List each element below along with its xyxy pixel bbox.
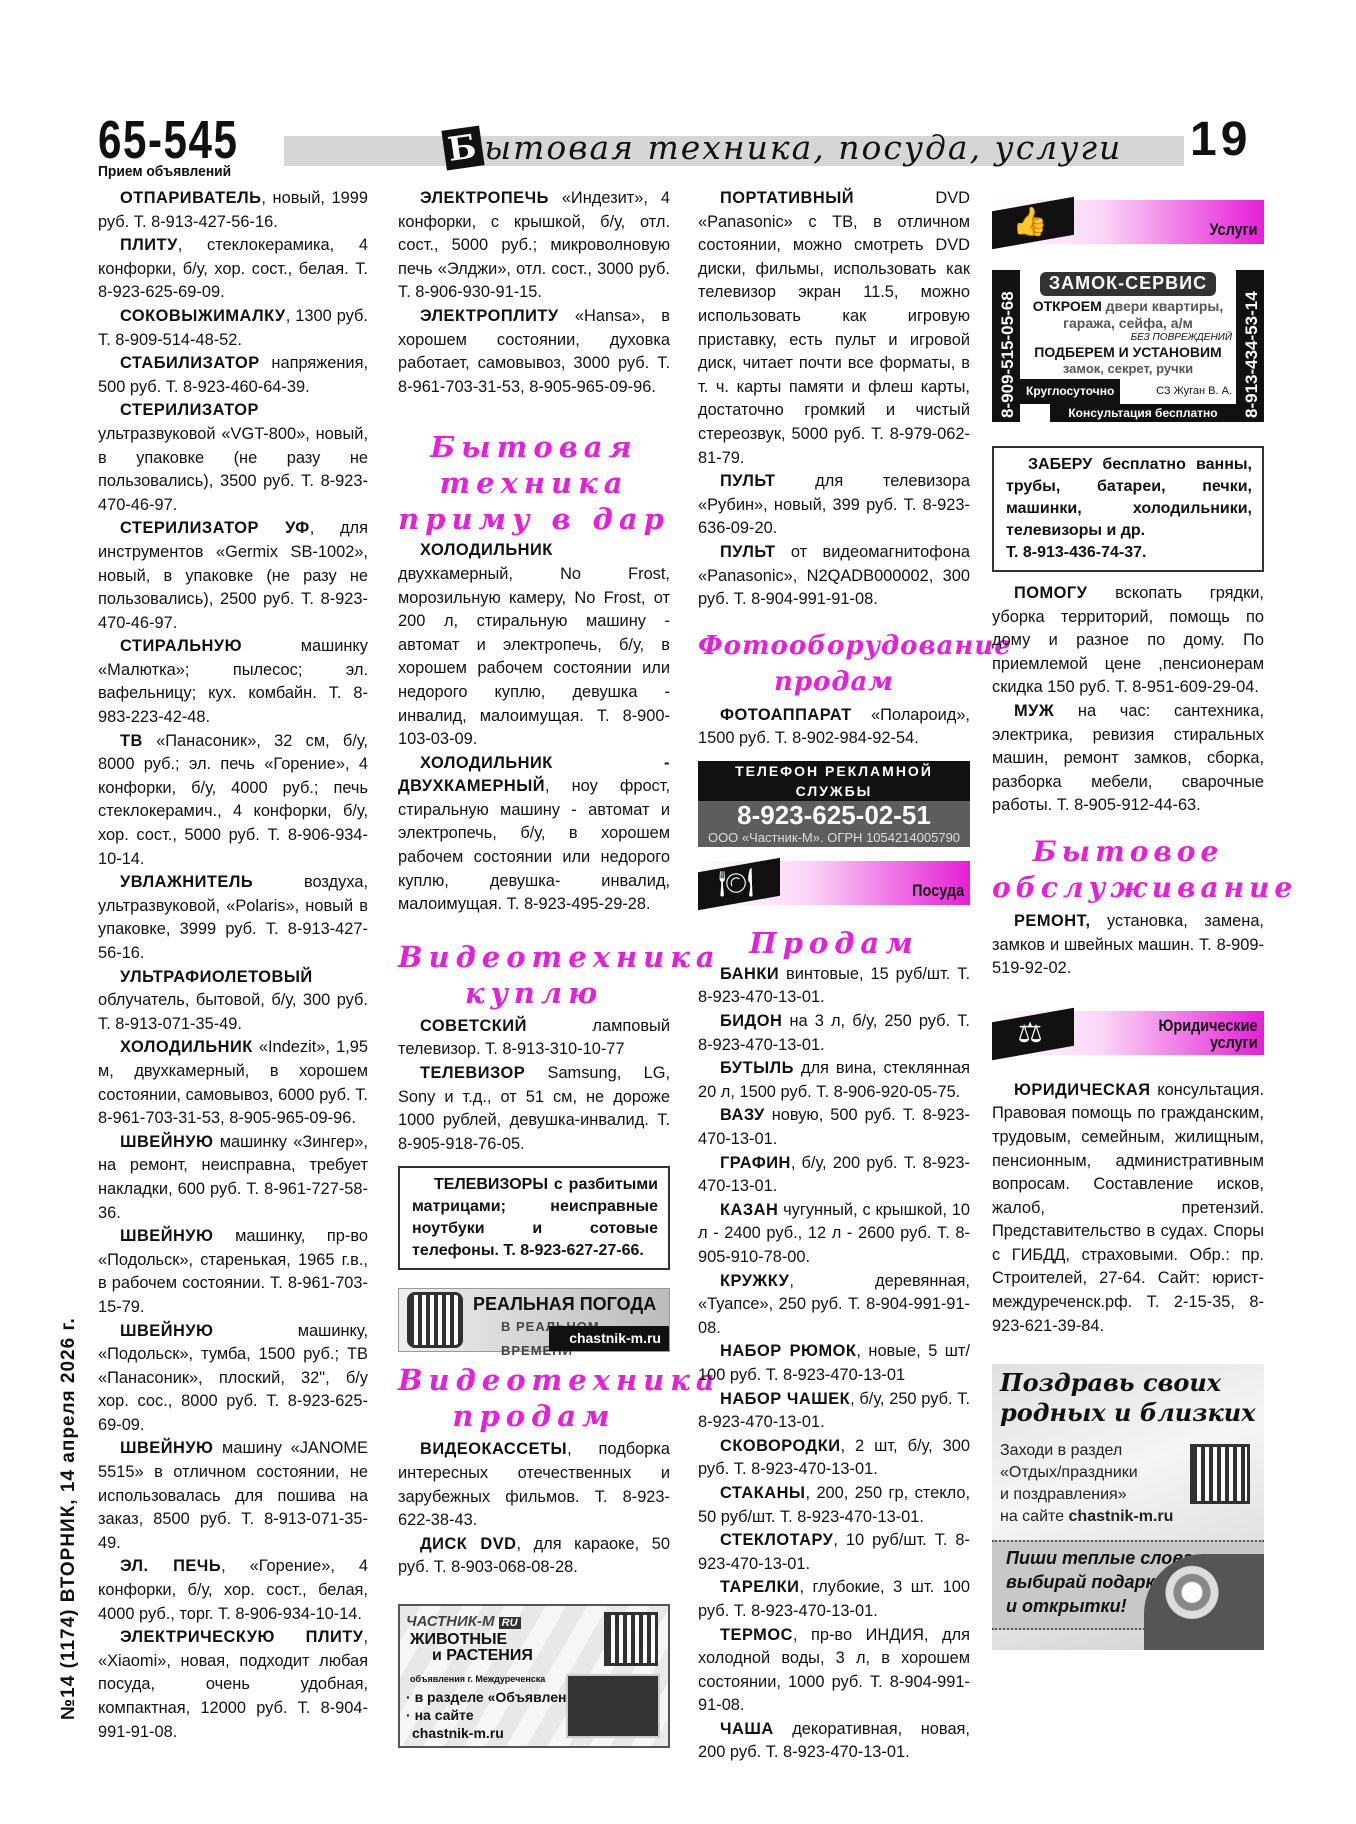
classified-ad: БУТЫЛЬ для вина, стеклянная 20 л, 1500 р… (698, 1057, 970, 1104)
classified-ad-heading: УЛЬТРАФИОЛЕТОВЫЙ (120, 968, 313, 986)
animals-banner-on-site: на сайте (415, 1707, 474, 1723)
classified-ad: ДИСК DVD, для караоке, 50 руб. Т. 8-903-… (398, 1533, 670, 1580)
classified-ad-heading: ЭЛ. ПЕЧЬ (120, 1557, 221, 1575)
classified-ad-heading: СТАБИЛИЗАТОР (120, 354, 260, 372)
section-header-dishes: 🍽 Посуда (698, 861, 970, 905)
classified-ad: ЮРИДИЧЕСКАЯ консультация. Правовая помощ… (992, 1079, 1264, 1339)
lock-service-ad: 8-909-515-05-68 8-913-434-53-14 ЗАМОК-СЕ… (992, 270, 1264, 422)
classified-ad-text: , ноу фрост, стиральную машину - автомат… (398, 777, 670, 913)
promo-title: Поздравь своихродных и близких (1000, 1368, 1256, 1428)
section-header-legal: ⚖ Юридическиеуслуги (992, 1011, 1264, 1055)
classified-ad: ПУЛЬТ от видеомагнитофона «Panasonic», N… (698, 541, 970, 612)
classified-ad: ЭЛЕКТРИЧЕСКУЮ ПЛИТУ, «Xiaomi», новая, по… (98, 1626, 368, 1744)
classified-ad: ФОТОАППАРАТ «Полароид», 1500 руб. Т. 8-9… (698, 704, 970, 751)
classified-ad: СТАБИЛИЗАТОР напряжения, 500 руб. Т. 8-9… (98, 352, 368, 399)
promo-title-line1: Поздравь своих (1000, 1368, 1256, 1398)
classified-ad-text: DVD «Panasonic» с ТВ, в отличном состоян… (698, 189, 970, 467)
ads-list-video-buy: СОВЕТСКИЙ ламповый телевизор. Т. 8-913-3… (398, 1015, 670, 1157)
promo-title-line2: родных и близких (1000, 1398, 1256, 1428)
promo-line1: Заходи в раздел (1000, 1440, 1173, 1462)
classified-ad-heading: ТЕЛЕВИЗОР (420, 1064, 525, 1082)
classified-ad-heading: ПОМОГУ (1014, 584, 1087, 602)
classified-ad: УЛЬТРАФИОЛЕТОВЫЙ облучатель, бытовой, б/… (98, 966, 368, 1037)
screenshot-thumbnail (566, 1674, 660, 1738)
classified-ad: НАБОР РЮМОК, новые, 5 шт/ 100 руб. Т. 8-… (698, 1340, 970, 1387)
issue-date-line: №14 (1174) ВТОРНИК, 14 апреля 2026 г. (58, 1317, 80, 1720)
section-label: Посуда (912, 882, 964, 899)
classified-ad-heading: ПУЛЬТ (720, 472, 776, 490)
classified-ad-heading: ШВЕЙНУЮ (120, 1133, 213, 1151)
classified-ad-heading: БУТЫЛЬ (720, 1059, 794, 1077)
greetings-promo-banner[interactable]: Поздравь своихродных и близких Заходи в … (992, 1364, 1264, 1650)
lock-ad-body: ЗАМОК-СЕРВИС ОТКРОЕМ двери квартиры, гар… (1020, 270, 1236, 422)
ads-phone-caption: Прием объявлений (98, 163, 231, 180)
classified-ad: ЧАША декоративная, новая, 200 руб. Т. 8-… (698, 1718, 970, 1765)
classified-ad-heading: КРУЖКУ (720, 1272, 789, 1290)
ads-list-video-sell: ВИДЕОКАССЕТЫ, подборка интересных отечес… (398, 1438, 670, 1580)
classified-ad-heading: НАБОР РЮМОК (720, 1342, 856, 1360)
classified-ad-heading: СТЕРИЛИЗАТОР УФ (120, 519, 310, 537)
classified-ad-heading: ГРАФИН (720, 1154, 791, 1172)
classified-ad-heading: ПУЛЬТ (720, 543, 776, 561)
classified-ad-heading: ВИДЕОКАССЕТЫ (420, 1440, 567, 1458)
classified-ad-heading: ПОРТАТИВНЫЙ (720, 189, 854, 207)
qr-code-icon (1190, 1444, 1250, 1504)
ads-list-legal: ЮРИДИЧЕСКАЯ консультация. Правовая помощ… (992, 1079, 1264, 1339)
promo-line3: и поздравления» (1000, 1484, 1173, 1506)
rubric-household: Бытовое обслуживание (992, 834, 1264, 906)
title-text: ытовая техника, посуда, услуги (484, 128, 1122, 167)
boxed-ad-head: ЗАБЕРУ (1028, 456, 1092, 473)
classified-ad: СТЕРИЛИЗАТОР УФ, для инструментов «Germi… (98, 517, 368, 635)
classified-ad: БАНКИ винтовые, 15 руб/шт. Т. 8-923-470-… (698, 963, 970, 1010)
classified-ad-heading: БАНКИ (720, 965, 779, 983)
classified-ad-heading: ЭЛЕКТРОПЕЧЬ (420, 189, 549, 207)
classified-ad: МУЖ на час: сантехника, электрика, ревиз… (992, 700, 1264, 818)
promo-line2: «Отдых/праздники (1000, 1462, 1173, 1484)
classified-ad-heading: ДИСК DVD (420, 1535, 516, 1553)
classified-ad: РЕМОНТ, установка, замена, замков и швей… (992, 910, 1264, 981)
classified-ad: ШВЕЙНУЮ машинку, пр-во «Подольск», старе… (98, 1225, 368, 1319)
column-3: ПОРТАТИВНЫЙ DVD «Panasonic» с ТВ, в отли… (698, 187, 970, 1765)
classified-ad-text: «Панасоник», 32 см, б/у, 8000 руб.; эл. … (98, 732, 368, 868)
lock-ad-badge: Круглосуточно (1020, 379, 1120, 405)
classified-ad-text: консультация. Правовая помощь по граждан… (992, 1081, 1264, 1335)
classified-ad-heading: ЭЛЕКТРИЧЕСКУЮ ПЛИТУ (120, 1628, 363, 1646)
classified-ad: ХОЛОДИЛЬНИК «Indezit», 1,95 м, двухкамер… (98, 1036, 368, 1130)
animals-banner-section: в разделе «Объявления» (415, 1689, 591, 1705)
ad-service-phone[interactable]: 8-923-625-02-51 (698, 801, 970, 829)
classified-ad: СТЕРИЛИЗАТОР ультразвуковой «VGT-800», н… (98, 399, 368, 517)
classified-ad-heading: ШВЕЙНУЮ (120, 1322, 213, 1340)
section-label: Услуги (1210, 221, 1258, 238)
lock-ad-line2: гаража, сейфа, а/м (1020, 315, 1236, 332)
classified-ad-heading: ХОЛОДИЛЬНИК (120, 1038, 253, 1056)
weather-banner-site[interactable]: chastnik-m.ru (549, 1326, 669, 1352)
animals-banner-title2: и РАСТЕНИЯ (432, 1644, 533, 1668)
promo-line4: на сайте (1000, 1508, 1069, 1525)
classified-ad-heading: УВЛАЖНИТЕЛЬ (120, 873, 253, 891)
promo-site-link[interactable]: chastnik-m.ru (1069, 1508, 1174, 1525)
classified-ad-heading: ВАЗУ (720, 1106, 765, 1124)
lock-ad-owner: СЗ Жуган В. А. (1156, 380, 1236, 404)
dishes-icon: 🍽 (716, 867, 756, 899)
qr-code-icon (604, 1612, 658, 1666)
rubric-video-buy: Видеотехника куплю (398, 939, 670, 1011)
classified-ad-heading: ШВЕЙНУЮ (120, 1439, 213, 1457)
classified-ad-heading: СТЕКЛОТАРУ (720, 1531, 833, 1549)
classified-ad-heading: СКОВОРОДКИ (720, 1437, 840, 1455)
column-1: ОТПАРИВАТЕЛЬ, новый, 1999 руб. Т. 8-913-… (98, 187, 368, 1744)
animals-plants-banner[interactable]: ЧАСТНИК-М RU ЖИВОТНЫЕ и РАСТЕНИЯ объявле… (398, 1604, 670, 1748)
rubric-sell: Продам (698, 925, 970, 961)
classified-ad-heading: ПЛИТУ (120, 236, 178, 254)
classified-ad: СОКОВЫЖИМАЛКУ, 1300 руб. Т. 8-909-514-48… (98, 305, 368, 352)
lock-ad-line4: ПОДБЕРЕМ И УСТАНОВИМ (1020, 344, 1236, 361)
section-label-line2: услуги (1159, 1034, 1258, 1051)
classified-ad-heading: СОВЕТСКИЙ (420, 1017, 527, 1035)
weather-banner[interactable]: РЕАЛЬНАЯ ПОГОДА В РЕАЛЬНОМ ВРЕМЕНИ chast… (398, 1288, 670, 1352)
classified-ad: КРУЖКУ, деревянная, «Туапсе», 250 руб. Т… (698, 1270, 970, 1341)
classified-ad: КАЗАН чугунный, с крышкой, 10 л - 2400 р… (698, 1199, 970, 1270)
ads-list-photo: ФОТОАППАРАТ «Полароид», 1500 руб. Т. 8-9… (698, 704, 970, 751)
ad-service-org: ООО «Частник-М». ОГРН 1054214005790 (698, 829, 970, 847)
section-label: Юридическиеуслуги (1159, 1017, 1258, 1051)
classified-ad: ВИДЕОКАССЕТЫ, подборка интересных отечес… (398, 1438, 670, 1532)
promo-text: Заходи в раздел «Отдых/праздники и поздр… (1000, 1440, 1173, 1528)
lock-ad-line1: двери квартиры, (1102, 298, 1223, 314)
classified-ad: ТВ «Панасоник», 32 см, б/у, 8000 руб.; э… (98, 730, 368, 872)
ads-list-dishes: БАНКИ винтовые, 15 руб/шт. Т. 8-923-470-… (698, 963, 970, 1765)
classified-ad: ХОЛОДИЛЬНИК двухкамерный, No Frost, моро… (398, 539, 670, 751)
classified-ad: ВАЗУ новую, 500 руб. Т. 8-923-470-13-01. (698, 1104, 970, 1151)
classified-ad: ПОМОГУ вскопать грядки, уборка территори… (992, 582, 1264, 700)
classified-ad: СКОВОРОДКИ, 2 шт, б/у, 300 руб. Т. 8-923… (698, 1435, 970, 1482)
lock-ad-phone-right[interactable]: 8-913-434-53-14 (1240, 291, 1264, 418)
lock-ad-phone-left[interactable]: 8-909-515-05-68 (996, 291, 1020, 418)
classified-ad-heading: СТАКАНЫ (720, 1484, 805, 1502)
classified-ad-heading: КАЗАН (720, 1201, 778, 1219)
classified-ad: ЭЛЕКТРОПЛИТУ «Hansa», в хорошем состояни… (398, 305, 670, 399)
title-initial: Б (441, 126, 484, 171)
ads-list-video-misc: ПОРТАТИВНЫЙ DVD «Panasonic» с ТВ, в отли… (698, 187, 970, 612)
boxed-ad-take-away: ЗАБЕРУ бесплатно ванны, трубы, батареи, … (992, 446, 1264, 572)
classified-ad-heading: СТЕРИЛИЗАТОР (120, 401, 259, 419)
ads-list-household: РЕМОНТ, установка, замена, замков и швей… (992, 910, 1264, 981)
classified-ad: СОВЕТСКИЙ ламповый телевизор. Т. 8-913-3… (398, 1015, 670, 1062)
classified-ad: ШВЕЙНУЮ машинку, «Подольск», тумба, 1500… (98, 1320, 368, 1438)
page-number: 19 (1190, 112, 1251, 168)
classified-ad-text: облучатель, бытовой, б/у, 300 руб. Т. 8-… (98, 991, 368, 1033)
ads-phone-number: 65-545 (98, 112, 239, 168)
ads-list-appliances-sell: ЭЛЕКТРОПЕЧЬ «Индезит», 4 конфорки, с кры… (398, 187, 670, 399)
section-header-services: 👍 Услуги (992, 200, 1264, 244)
animals-banner-site[interactable]: chastnik-m.ru (412, 1722, 504, 1746)
classified-ad: ЭЛ. ПЕЧЬ, «Горение», 4 конфорки, б/у, хо… (98, 1555, 368, 1626)
classified-ad-text: ультразвуковой «VGT-800», новый, в упако… (98, 425, 368, 514)
boxed-ad-tv: ТЕЛЕВИЗОРЫ с разбитыми матрицами; неиспр… (398, 1166, 670, 1270)
classified-ad: СТЕКЛОТАРУ, 10 руб/шт. Т. 8-923-470-13-0… (698, 1529, 970, 1576)
classified-ad-heading: ЧАША (720, 1720, 774, 1738)
classified-ad: БИДОН на 3 л, б/у, 250 руб. Т. 8-923-470… (698, 1010, 970, 1057)
ad-service-phone-box: ТЕЛЕФОН РЕКЛАМНОЙ СЛУЖБЫ 8-923-625-02-51… (698, 761, 970, 847)
classified-ad: ТАРЕЛКИ, глубокие, 3 шт. 100 руб. Т. 8-9… (698, 1576, 970, 1623)
rubric-video-sell: Видеотехника продам (398, 1362, 670, 1434)
classified-ad: ГРАФИН, б/у, 200 руб. Т. 8-923-470-13-01… (698, 1152, 970, 1199)
thumbs-up-icon: 👍 (1010, 206, 1050, 238)
classified-ad: СТАКАНЫ, 200, 250 гр, стекло, 50 руб/шт.… (698, 1482, 970, 1529)
classified-ad: ШВЕЙНУЮ машину «JANOME 5515» в отличном … (98, 1437, 368, 1555)
classified-ad-heading: ТЕРМОС (720, 1626, 793, 1644)
classified-ad-heading: РЕМОНТ, (1014, 912, 1091, 930)
ads-list-appliances-gift: ХОЛОДИЛЬНИК двухкамерный, No Frost, моро… (398, 539, 670, 917)
classified-ad: ПЛИТУ, стеклокерамика, 4 конфорки, б/у, … (98, 234, 368, 305)
rubric-appliances-gift: Бытовая техника приму в дар (398, 429, 670, 537)
classified-ad-heading: ТВ (120, 732, 143, 750)
rubric-photo: Фотооборудование продам (698, 628, 970, 700)
classified-ad: ХОЛОДИЛЬНИК - ДВУХКАМЕРНЫЙ, ноу фрост, с… (398, 752, 670, 917)
classified-ad: НАБОР ЧАШЕК, б/у, 250 руб. Т. 8-923-470-… (698, 1388, 970, 1435)
classified-ad: ПОРТАТИВНЫЙ DVD «Panasonic» с ТВ, в отли… (698, 187, 970, 470)
classified-ad-heading: СТИРАЛЬНУЮ (120, 637, 242, 655)
qr-code-icon (407, 1292, 463, 1348)
classified-ad: ОТПАРИВАТЕЛЬ, новый, 1999 руб. Т. 8-913-… (98, 187, 368, 234)
classified-ad: ТЕРМОС, пр-во ИНДИЯ, для холодной воды, … (698, 1624, 970, 1718)
classified-ad-heading: ЮРИДИЧЕСКАЯ (1014, 1081, 1150, 1099)
classified-ad: ТЕЛЕВИЗОР Samsung, LG, Sony и т.д., от 5… (398, 1062, 670, 1156)
classified-ad: УВЛАЖНИТЕЛЬ воздуха, ультразвуковой, «Po… (98, 871, 368, 965)
page-title: Бытовая техника, посуда, услуги (444, 128, 1122, 168)
classified-ad-heading: МУЖ (1014, 702, 1054, 720)
weather-banner-title: РЕАЛЬНАЯ ПОГОДА (473, 1293, 656, 1317)
lock-ad-line5: замок, секрет, ручки (1020, 361, 1236, 377)
boxed-ad-phone: Т. 8-913-436-74-37. (1006, 542, 1252, 564)
classified-ad-heading: ФОТОАППАРАТ (720, 706, 852, 724)
classified-ad: ШВЕЙНУЮ машинку «Зингер», на ремонт, неи… (98, 1131, 368, 1225)
classified-ad-heading: БИДОН (720, 1012, 782, 1030)
classified-ad-heading: СОКОВЫЖИМАЛКУ (120, 307, 286, 325)
classified-ad-heading: ОТПАРИВАТЕЛЬ (120, 189, 261, 207)
classified-ad: СТИРАЛЬНУЮ машинку «Малютка»; пылесос; э… (98, 635, 368, 729)
column-4: 👍 Услуги 8-909-515-05-68 8-913-434-53-14… (992, 200, 1264, 1650)
classified-ad: ПУЛЬТ для телевизора «Рубин», новый, 399… (698, 470, 970, 541)
classified-ad: ЭЛЕКТРОПЕЧЬ «Индезит», 4 конфорки, с кры… (398, 187, 670, 305)
classified-ad-text: двухкамерный, No Frost, морозильную каме… (398, 565, 670, 748)
section-label-line1: Юридические (1159, 1017, 1258, 1034)
column-2: ЭЛЕКТРОПЕЧЬ «Индезит», 4 конфорки, с кры… (398, 187, 670, 1748)
classified-ad-heading: ХОЛОДИЛЬНИК (420, 541, 553, 559)
classified-ad-heading: НАБОР ЧАШЕК (720, 1390, 850, 1408)
scales-icon: ⚖ (1010, 1017, 1050, 1049)
lock-ad-title: ЗАМОК-СЕРВИС (1040, 272, 1216, 296)
lock-ad-footer: Консультация бесплатно (1050, 404, 1236, 422)
classified-ad-heading: ШВЕЙНУЮ (120, 1227, 213, 1245)
boxed-ad-head: ТЕЛЕВИЗОРЫ (434, 1176, 548, 1193)
lock-ad-open: ОТКРОЕМ (1033, 298, 1102, 314)
ads-list-services: ПОМОГУ вскопать грядки, уборка территори… (992, 582, 1264, 818)
classified-ad-heading: ЭЛЕКТРОПЛИТУ (420, 307, 559, 325)
ad-service-label: ТЕЛЕФОН РЕКЛАМНОЙ СЛУЖБЫ (698, 761, 970, 801)
classified-ad-heading: ТАРЕЛКИ (720, 1578, 799, 1596)
lock-ad-line3: БЕЗ ПОВРЕЖДЕНИЙ (1020, 332, 1236, 344)
